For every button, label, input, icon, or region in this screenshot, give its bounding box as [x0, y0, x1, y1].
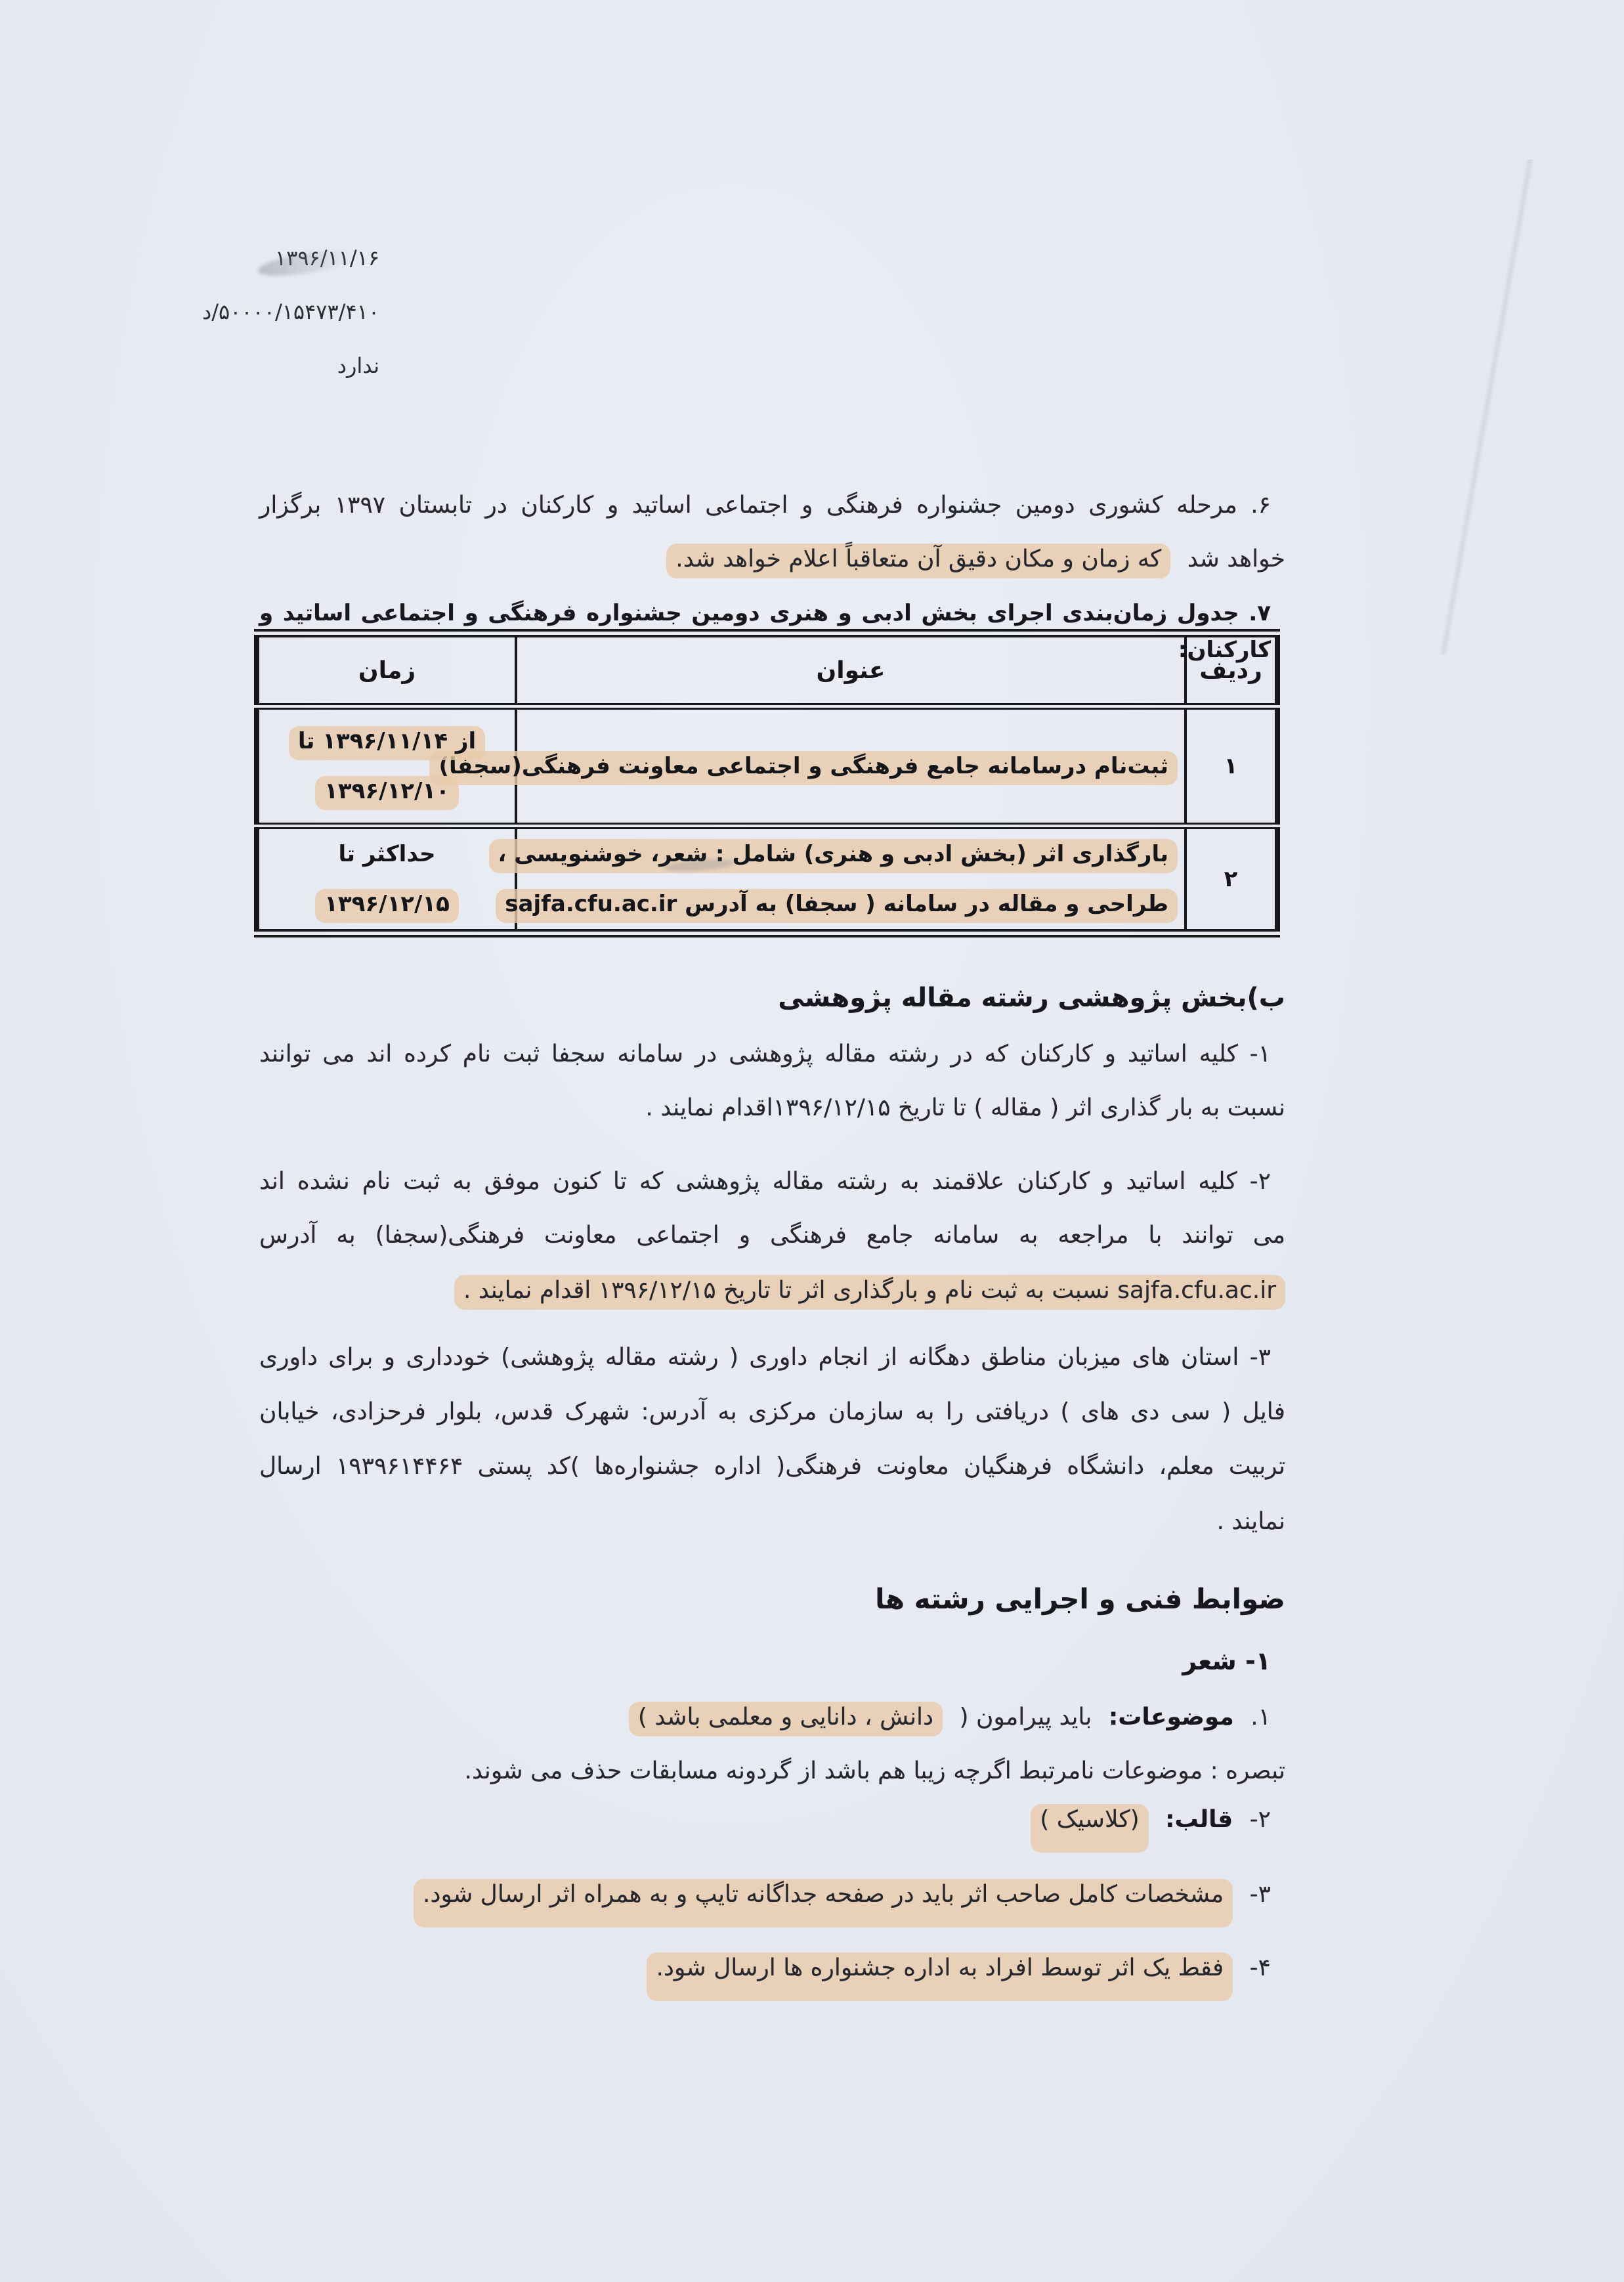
row1-title: ثبت‌نام درسامانه جامع فرهنگی و اجتماعی م… — [516, 706, 1186, 826]
item6-line2: خواهد شد که زمان و مکان دقیق آن متعاقباً… — [259, 541, 1285, 578]
rules-item4-marker: ۴- — [1250, 1954, 1271, 1981]
para2-line2: می توانند با مراجعه به سامانه جامع فرهنگ… — [259, 1217, 1285, 1254]
item6-line1: ۶. مرحله کشوری دومین جشنواره فرهنگی و اج… — [259, 487, 1285, 524]
col-header-time: زمان — [257, 634, 516, 707]
item6-line2-plain: خواهد شد — [1187, 546, 1285, 572]
row2-title2-highlight: طراحی و مقاله در سامانه ( سجفا) به آدرس … — [496, 889, 1178, 923]
row1-number: ۱ — [1186, 706, 1277, 826]
rules-format: ۲- قالب: (کلاسیک ) — [259, 1801, 1285, 1838]
para3-line1: ۳- استان های میزبان مناطق دهگانه از انجا… — [259, 1339, 1285, 1376]
rules-format-marker: ۲- — [1250, 1806, 1271, 1833]
para3-line2: فایل ( سی دی های ) دریافتی را به سازمان … — [259, 1394, 1285, 1431]
rules-topics-highlight: دانش ، دانایی و معلمی باشد ) — [629, 1702, 943, 1736]
para3-line4: نمایند . — [259, 1503, 1285, 1540]
rules-heading: ضوابط فنی و اجرایی رشته ها — [259, 1581, 1285, 1618]
rules-topics-marker: ۱. — [1250, 1704, 1271, 1731]
rules-topics-label: موضوعات: — [1109, 1704, 1234, 1731]
rules-note: تبصره : موضوعات نامرتبط اگرچه زیبا هم با… — [259, 1753, 1285, 1790]
section-b-heading: ب)بخش پژوهشی رشته مقاله پژوهشی — [259, 980, 1285, 1016]
para1-line2: نسبت به بار گذاری اثر ( مقاله ) تا تاریخ… — [259, 1090, 1285, 1127]
rules-format-highlight: (کلاسیک ) — [1031, 1804, 1148, 1853]
rules-item3-highlight: مشخصات کامل صاحب اثر باید در صفحه جداگان… — [414, 1879, 1233, 1927]
col-header-title: عنوان — [516, 634, 1186, 707]
col-header-row-number: ردیف — [1186, 634, 1277, 707]
para1-line1: ۱- کلیه اساتید و کارکنان که در رشته مقال… — [259, 1036, 1285, 1073]
row2-time: حداکثر تا ۱۳۹۶/۱۲/۱۵ — [257, 826, 516, 934]
letter-ref-number: ۵۰۰۰۰/۱۵۴۷۳/۴۱۰/د — [202, 285, 379, 339]
row2-number: ۲ — [1186, 826, 1277, 934]
rules-item4-highlight: فقط یک اثر توسط افراد به اداره جشنواره ه… — [647, 1952, 1233, 2001]
rules-format-label: قالب: — [1165, 1806, 1233, 1833]
para2-line3: sajfa.cfu.ac.ir نسبت به ثبت نام و بارگذا… — [259, 1272, 1285, 1309]
rules-topics: ۱. موضوعات: باید پیرامون ( دانش ، دانایی… — [259, 1699, 1285, 1736]
rules-item3-marker: ۳- — [1250, 1881, 1271, 1908]
row2-time1: حداکثر تا — [266, 829, 508, 879]
schedule-table: ردیف عنوان زمان ۱ ثبت‌نام درسامانه جامع … — [254, 629, 1280, 937]
row1-title-highlight: ثبت‌نام درسامانه جامع فرهنگی و اجتماعی م… — [429, 751, 1178, 785]
table-row: ۲ بارگذاری اثر (بخش ادبی و هنری) شامل : … — [257, 826, 1277, 934]
table-row: ۱ ثبت‌نام درسامانه جامع فرهنگی و اجتماعی… — [257, 706, 1277, 826]
rules-topics-plain: باید پیرامون ( — [959, 1704, 1092, 1731]
row2-time2-highlight: ۱۳۹۶/۱۲/۱۵ — [315, 889, 459, 923]
item6-line2-highlight: که زمان و مکان دقیق آن متعاقباً اعلام خو… — [666, 544, 1170, 578]
para2-line1: ۲- کلیه اساتید و کارکنان علاقمند به رشته… — [259, 1163, 1285, 1200]
row1-time2-highlight: ۱۳۹۶/۱۲/۱۰ — [315, 776, 459, 810]
para2-line3-highlight: sajfa.cfu.ac.ir نسبت به ثبت نام و بارگذا… — [454, 1275, 1285, 1310]
row2-title1-highlight: بارگذاری اثر (بخش ادبی و هنری) شامل : شع… — [489, 839, 1178, 873]
row2-title: بارگذاری اثر (بخش ادبی و هنری) شامل : شع… — [516, 826, 1186, 934]
scanned-letter-page: ۱۳۹۶/۱۱/۱۶ ۵۰۰۰۰/۱۵۴۷۳/۴۱۰/د ندارد ۶. مر… — [0, 0, 1624, 2282]
rules-sub1: ۱- شعر — [259, 1643, 1285, 1679]
row1-time1-highlight: از ۱۳۹۶/۱۱/۱۴ تا — [289, 726, 485, 760]
rules-item4: ۴- فقط یک اثر توسط افراد به اداره جشنوار… — [259, 1950, 1285, 1987]
letter-attachment: ندارد — [202, 339, 379, 393]
rules-item3: ۳- مشخصات کامل صاحب اثر باید در صفحه جدا… — [259, 1876, 1285, 1913]
table-header-row: ردیف عنوان زمان — [257, 634, 1277, 707]
para3-line3: تربیت معلم، دانشگاه فرهنگیان معاونت فرهن… — [259, 1448, 1285, 1485]
paper-crease — [1428, 156, 1546, 658]
